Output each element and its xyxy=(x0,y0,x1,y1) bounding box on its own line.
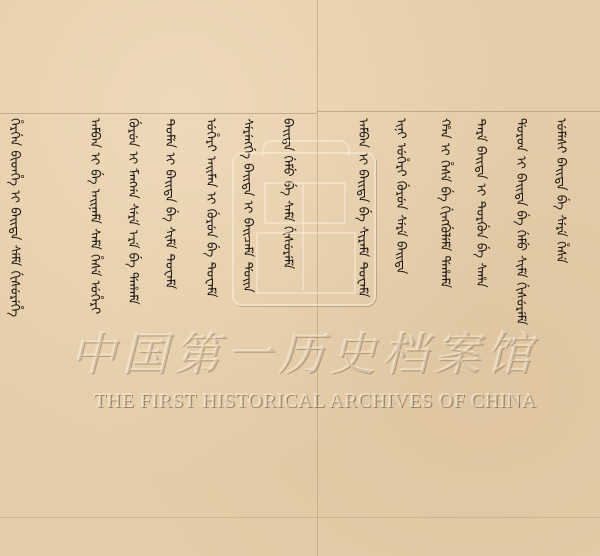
text-column: ᡠᡥᡝᡵᡳ ᠠᡳᠮᠠᠨ ᡳ ᡤᡠᡵᡠᠨ ᠪᡝ ᡨᡠᠸᠠᠮᡝ xyxy=(199,118,221,510)
watermark-chinese: 中国第一历史档案馆 xyxy=(70,318,550,384)
manuscript-page: ᡥᡝᡵᡤᡝᠨ ᠪᡳᡨᡥᡝ ᡳ ᠪᠠᡳᡨᠠ ᠰᡝᠮᡝ ᡤᡳᠰᡠᡵᡝᡥᡝᠠᠮᠪᠠᠨ … xyxy=(0,0,600,556)
text-column: ᡤᡠᡵᡠᠨ ᡳ ᠮᠠᠩᡤᠠ ᠰᡝᡵᡝ ᡝᡵᡝ ᠪᡝ ᡩᠠᡥᠠᠮᡝ xyxy=(121,118,143,510)
text-column: ᡨᡠᠮᡝᠨ ᡳ ᠪᠠᡳᡨᠠ ᠪᡝ ᠰᡳᠮᡝ ᡨᡠᠸᠠᠮᡝ xyxy=(158,118,180,510)
text-column: ᡨᡝᡵᡝ ᠪᠠᡳᡨᠠ ᡳ ᡨᡠᡵᡤᡠᠨ ᠪᡝ ᠰᠠᡥᠠ xyxy=(469,118,491,510)
text-column: ᡠᠮᡝᠰᡳ ᠪᠠᡳᡨᠠ ᠪᡝ ᠰᡝᡵᡝ ᡥᡝᠰᡝ xyxy=(549,118,571,510)
archive-seal-icon xyxy=(232,152,376,306)
text-column: ᡳᠨᡳ ᡠᡥᡝᡵᡳ ᡤᡠᡵᡠᠨ ᠰᡝᡵᡝ ᠪᠠᡳᡨᠠ xyxy=(389,118,411,510)
text-column: ᡩᠣᡵᠣᠨ ᡳ ᠪᠠᡳᡨᠠ ᠪᡝ ᡤᡝᠮᡠ ᠰᡳᠮᡝ ᡤᡳᠰᡠᡵᡝᠮᡝ xyxy=(509,118,531,510)
top-margin-line-right xyxy=(317,111,600,112)
watermark-english: THE FIRST HISTORICAL ARCHIVES OF CHINA xyxy=(94,390,574,413)
text-column: ᠠᠮᠪᠠᠨ ᡳ ᠪᡝ ᠠᡳᠨᠠᠮᡝ ᠰᠠᠮᡝ ᡥᡝᠰᡝ ᡠᡥᡝᡵᡳ xyxy=(83,118,105,510)
text-column: ᡥᠠᠨ ᡳ ᡥᡝᠰᡝ ᠪᡝ ᡤᡳᠩᡤᡠᠯᡝᠮᡝ ᡩᠠᡥᠠᠮᡝ xyxy=(433,118,455,510)
top-margin-line-left xyxy=(0,113,317,114)
bottom-margin-line xyxy=(0,517,600,518)
text-column: ᡥᡝᡵᡤᡝᠨ ᠪᡳᡨᡥᡝ ᡳ ᠪᠠᡳᡨᠠ ᠰᡝᠮᡝ ᡤᡳᠰᡠᡵᡝᡥᡝ xyxy=(3,118,25,510)
